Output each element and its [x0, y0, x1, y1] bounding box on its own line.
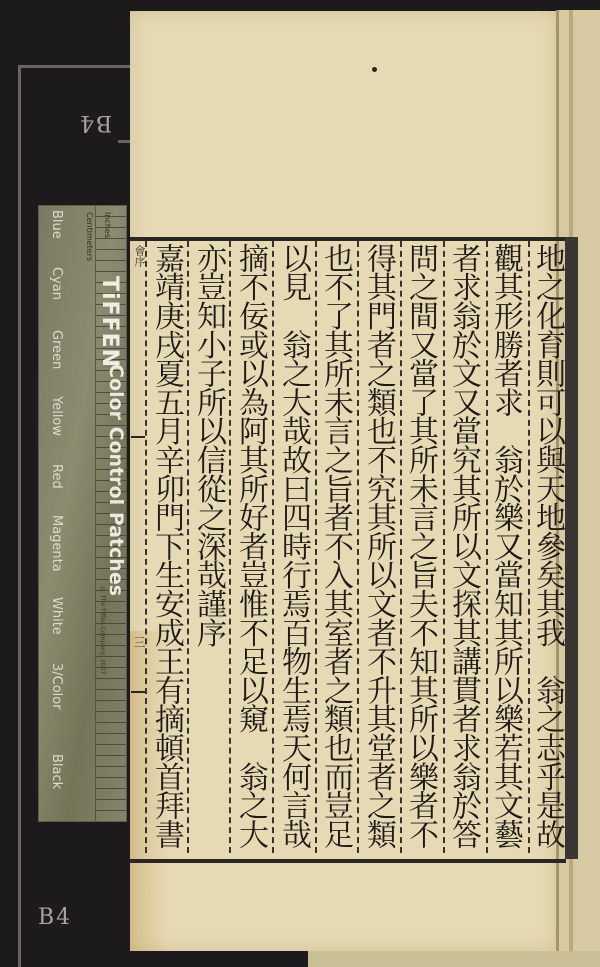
strip-title: Color Control Patches — [105, 364, 127, 596]
margin-title: 會序 — [131, 245, 147, 267]
background-label-b4-top: B4 — [78, 110, 112, 135]
column-text: 也不了其所未言之旨者不入其室者之類也而豈足 — [315, 243, 355, 848]
background-label-b4-bottom: B4 — [38, 905, 72, 930]
text-column-9: 亦豈知小子所以信從之深哉謹序 — [188, 243, 228, 851]
strip-brand: TiFFEN — [97, 276, 122, 368]
margin-column: 會序 三 — [131, 241, 145, 853]
text-column-3: 者求翁於文又當究其所以文探其講貫者求翁於答 — [443, 243, 483, 851]
text-column-5: 得其門者之類也不究其所以文者不升其堂者之類 — [358, 243, 398, 851]
text-column-10: 嘉靖庚戌夏五月辛卯門下生安成王有摘頓首拜書 — [146, 243, 186, 851]
patch-label-blue: Blue — [49, 210, 64, 239]
text-column-7: 以見 翁之大哉故曰四時行焉百物生焉天何言哉 — [273, 243, 313, 851]
patch-label-cyan: Cyan — [49, 267, 64, 300]
column-text: 嘉靖庚戌夏五月辛卯門下生安成王有摘頓首拜書 — [146, 243, 186, 848]
strip-copyright: © The Tiffen Company, 2007 — [99, 586, 106, 674]
page-stack-bottom — [308, 951, 600, 967]
patch-label-magenta: Magenta — [49, 515, 64, 572]
column-text: 觀其形勝者求 翁於樂又當知其所以樂若其文藝 — [485, 243, 525, 848]
column-text: 亦豈知小子所以信從之深哉謹序 — [188, 243, 228, 646]
column-text: 地之化育則可以與天地參矣其我 翁之志乎是故 — [527, 243, 567, 848]
ruler-unit-inches: Inches — [103, 212, 112, 238]
margin-divider — [131, 436, 145, 438]
column-text: 摘不佞或以為阿其所好者豈惟不足以窺 翁之大 — [230, 243, 270, 848]
column-text: 問之間又當了其所未言之旨夫不知其所以樂者不 — [400, 243, 440, 848]
patch-label-yellow: Yellow — [49, 396, 64, 436]
patch-label-white: White — [49, 597, 64, 635]
text-column-8: 摘不佞或以為阿其所好者豈惟不足以窺 翁之大 — [230, 243, 270, 851]
color-control-strip: Centimeters Inches TiFFEN Color Control … — [38, 205, 127, 822]
column-text: 者求翁於文又當究其所以文探其講貫者求翁於答 — [443, 243, 483, 848]
text-column-2: 觀其形勝者求 翁於樂又當知其所以樂若其文藝 — [485, 243, 525, 851]
patch-label-red: Red — [49, 464, 64, 489]
ink-spot — [372, 67, 377, 72]
ruler-unit-cm: Centimeters — [85, 212, 94, 261]
text-column-4: 問之間又當了其所未言之旨夫不知其所以樂者不 — [400, 243, 440, 851]
patch-label-3color: 3/Color — [49, 663, 64, 710]
text-column-6: 也不了其所未言之旨者不入其室者之類也而豈足 — [315, 243, 355, 851]
column-text: 得其門者之類也不究其所以文者不升其堂者之類 — [358, 243, 398, 848]
patch-label-green: Green — [49, 330, 64, 369]
margin-divider — [131, 691, 145, 693]
page-number: 三 — [131, 636, 148, 648]
column-text: 以見 翁之大哉故曰四時行焉百物生焉天何言哉 — [273, 243, 313, 848]
text-column-1: 地之化育則可以與天地參矣其我 翁之志乎是故 — [527, 243, 567, 851]
patch-labels: Blue Cyan Green Yellow Red Magenta White… — [49, 210, 64, 789]
patch-label-black: Black — [49, 754, 64, 789]
